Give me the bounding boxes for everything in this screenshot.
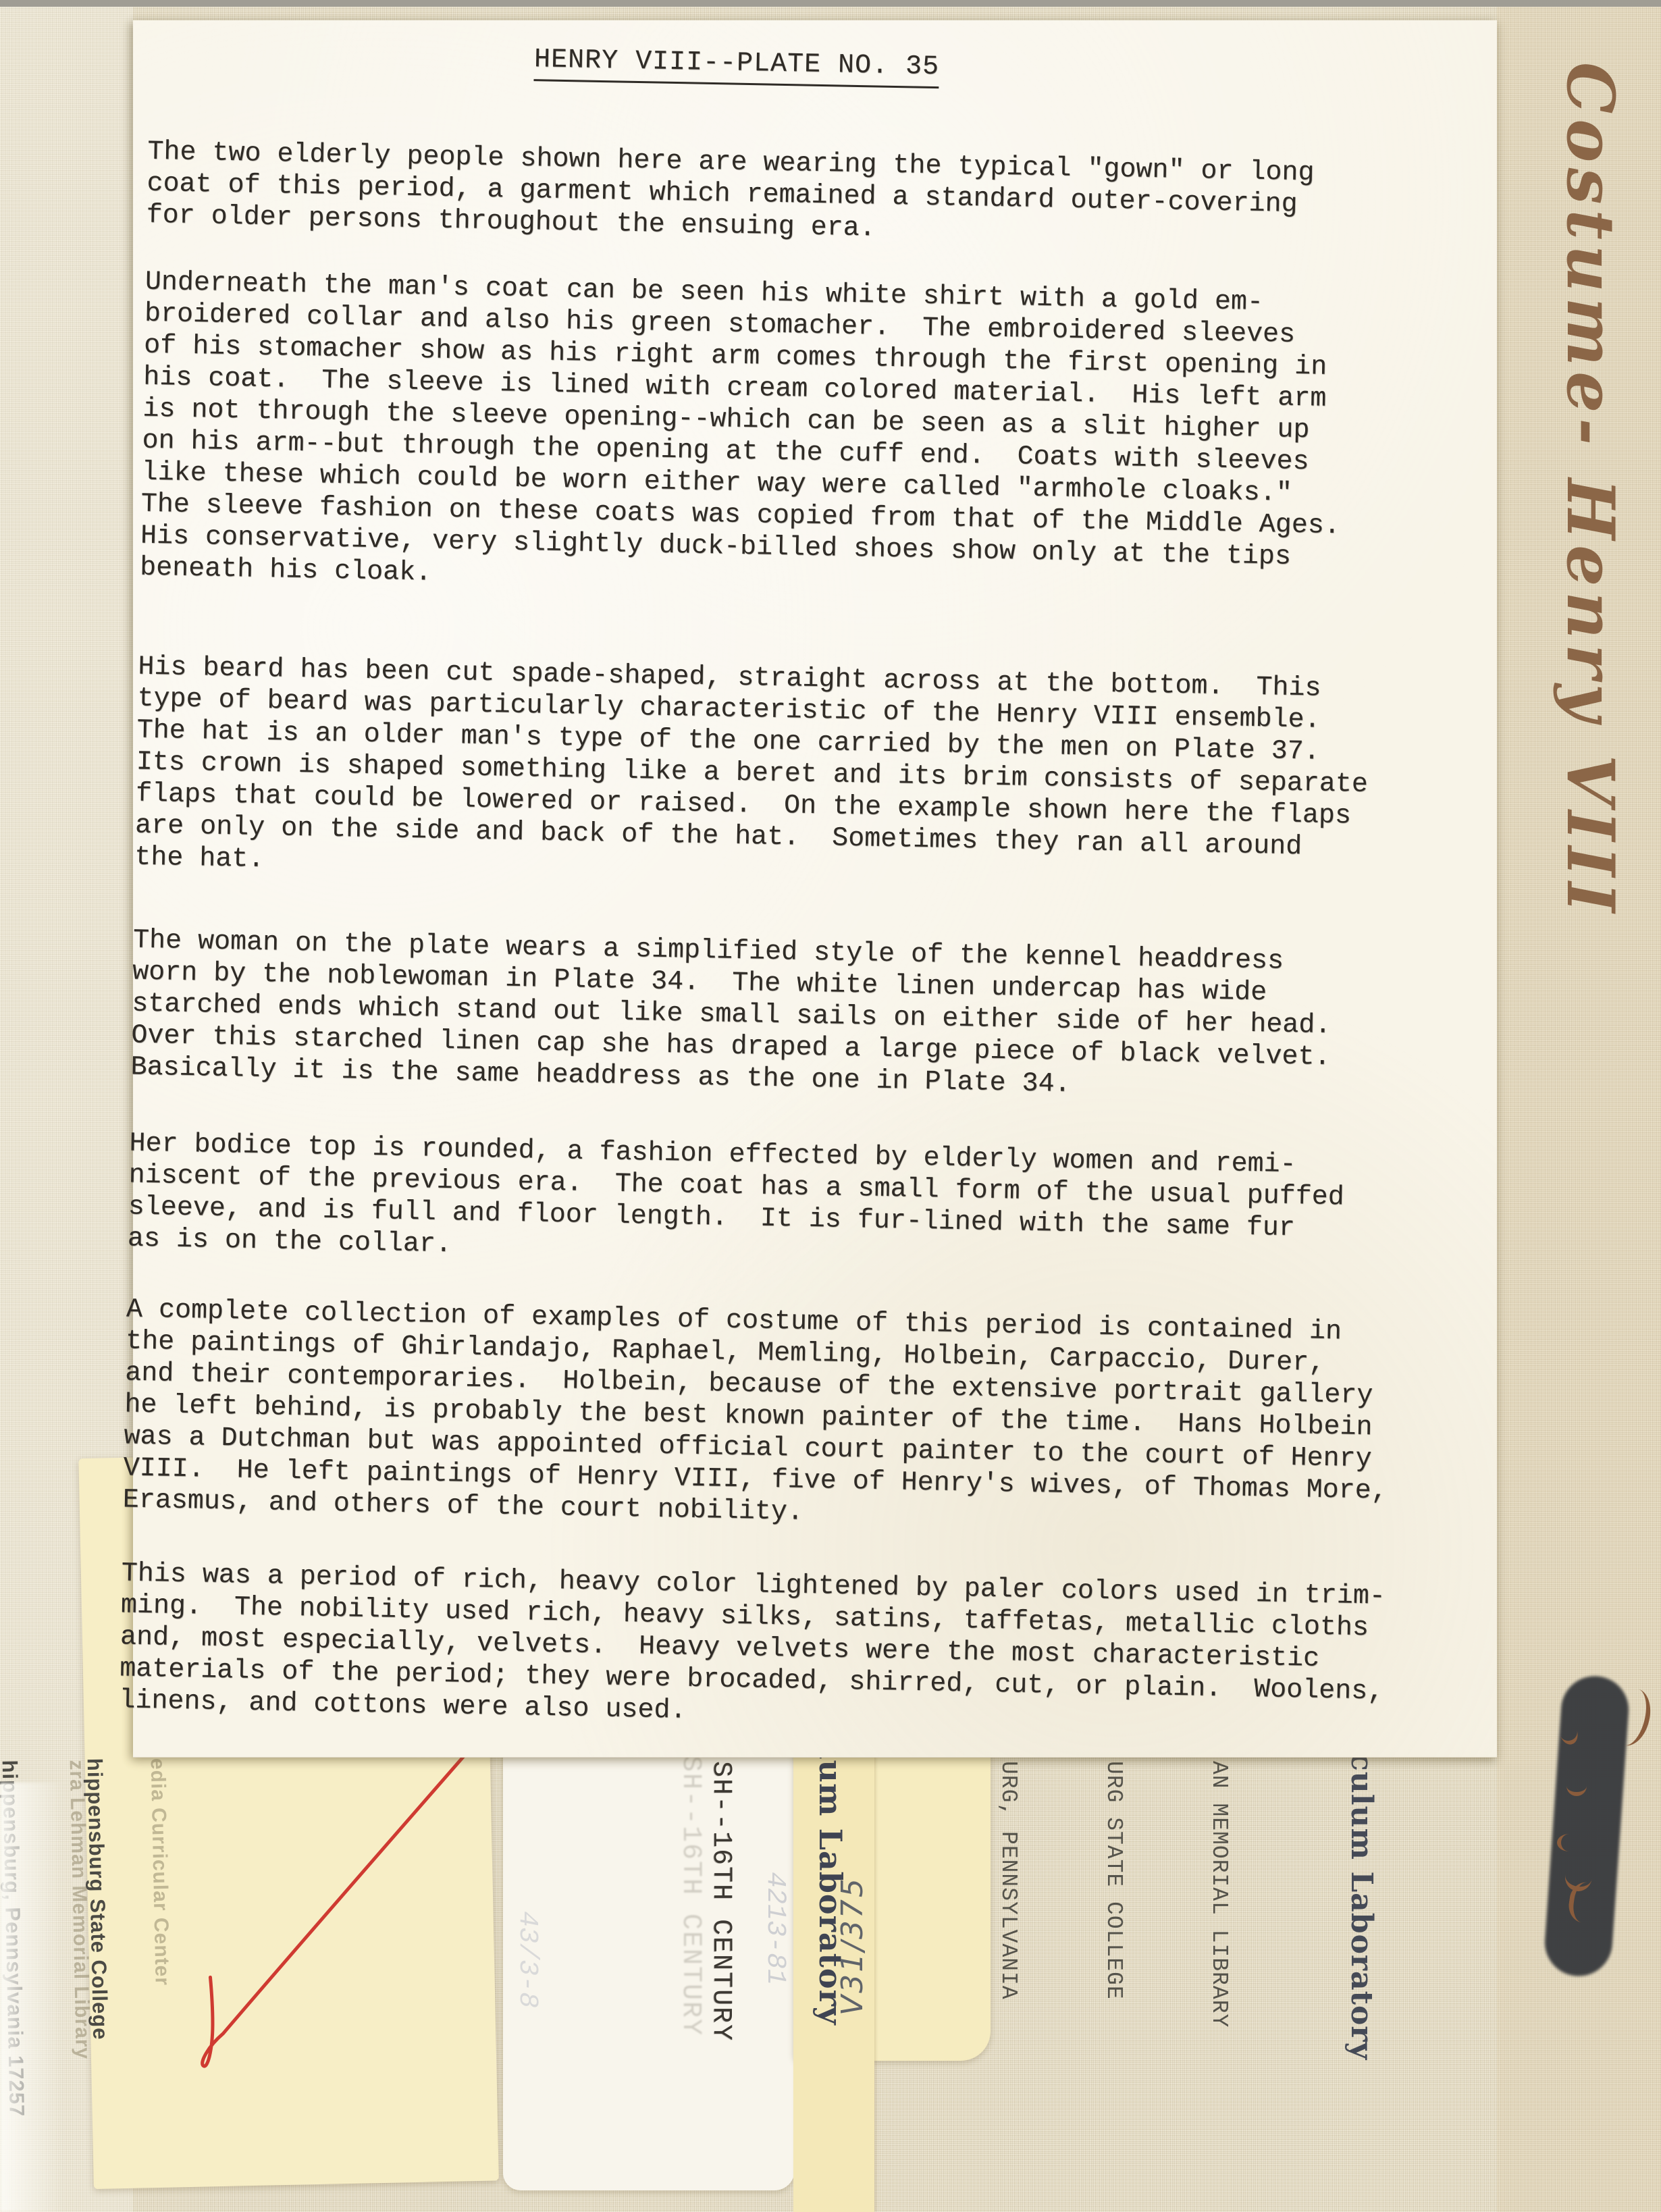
typed-content: HENRY VIII--PLATE NO. 35 The two elderly… bbox=[101, 20, 1497, 1781]
paragraph: This was a period of rich, heavy color l… bbox=[119, 1558, 1445, 1741]
page-title: HENRY VIII--PLATE NO. 35 bbox=[533, 45, 939, 88]
ghost-number: 43/3-8 bbox=[512, 1911, 542, 2008]
paragraph: The two elderly people shown here are we… bbox=[146, 136, 1471, 256]
ghost-number: 4213-81 bbox=[760, 1872, 790, 1985]
brown-pen-mark bbox=[1557, 1834, 1581, 1851]
stamp-line: URG, PENNSYLVANIA bbox=[991, 1761, 1026, 2028]
document-body: The two elderly people shown here are we… bbox=[119, 136, 1471, 1741]
paragraph: Her bodice top is rounded, a fashion eff… bbox=[127, 1128, 1452, 1279]
pencil-call-number: V31/375 bbox=[835, 1876, 870, 2016]
spine-handwriting: Costume- Henry VIII bbox=[1552, 62, 1629, 918]
century-label-ghost: SH--16TH CENTURY bbox=[675, 1756, 706, 2036]
scanned-page: Costume- Henry VIII edia Curricular Cent… bbox=[0, 0, 1661, 2212]
paragraph: His beard has been cut spade-shaped, str… bbox=[134, 652, 1462, 898]
paragraph: Underneath the man's coat can be seen hi… bbox=[140, 267, 1469, 608]
paragraph: A complete collection of examples of cos… bbox=[122, 1294, 1450, 1540]
scan-edge bbox=[0, 0, 1661, 7]
century-label-card: SH--16TH CENTURY SH--16TH CENTURY 4213-8… bbox=[503, 1737, 795, 2190]
laboratory-strip: lum Laboratory V31/375 bbox=[793, 1735, 991, 2212]
scan-light-edge bbox=[0, 1783, 65, 2212]
century-label: SH--16TH CENTURY bbox=[706, 1761, 736, 2042]
stamp-line: AN MEMORIAL LIBRARY bbox=[1201, 1761, 1236, 2028]
brown-pen-mark bbox=[1566, 1776, 1587, 1796]
paragraph: The woman on the plate wears a simplifie… bbox=[130, 925, 1456, 1108]
stamp-line: URG STATE COLLEGE bbox=[1096, 1761, 1131, 2028]
curriculum-laboratory-stamp-fabric: culum Laboratory bbox=[1344, 1753, 1379, 2060]
typed-sheet: HENRY VIII--PLATE NO. 35 The two elderly… bbox=[133, 20, 1497, 1758]
